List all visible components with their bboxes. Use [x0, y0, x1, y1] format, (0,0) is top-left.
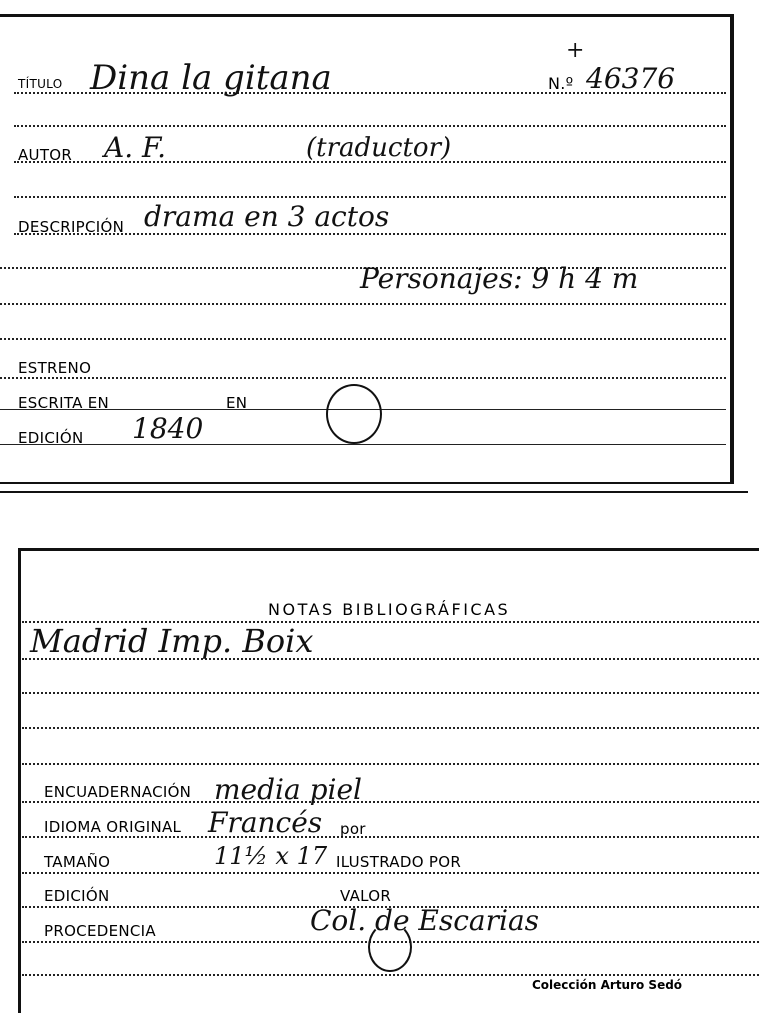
collection-footer: Colección Arturo Sedó	[532, 978, 682, 992]
rule-idioma	[22, 836, 759, 838]
label-procedencia: PROCEDENCIA	[44, 922, 156, 940]
rule-notes	[22, 692, 759, 694]
value-notes: Madrid Imp. Boix	[30, 622, 313, 660]
label-tamano: TAMAÑO	[44, 853, 110, 871]
label-valor: VALOR	[340, 887, 391, 905]
rule-notes	[22, 763, 759, 765]
rule-notes	[22, 727, 759, 729]
value-idioma-original: Francés	[208, 806, 322, 839]
value-tamano: 11½ x 17	[214, 842, 327, 870]
label-escrita-en: ESCRITA EN	[18, 394, 109, 412]
label-por: por	[340, 820, 366, 838]
rule-bottom	[22, 974, 759, 976]
label-edicion: EDICIÓN	[18, 429, 83, 447]
page-separator	[0, 491, 748, 493]
label-en: EN	[226, 394, 247, 412]
value-edicion: 1840	[132, 412, 203, 445]
value-titulo: Dina la gitana	[90, 58, 332, 98]
value-personajes: Personajes: 9 h 4 m	[360, 262, 638, 295]
value-procedencia: Col. de Escarias	[310, 904, 539, 937]
rule-divider	[14, 196, 726, 198]
rule-divider	[0, 338, 726, 340]
rule-estreno	[0, 377, 726, 379]
label-idioma-original: IDIOMA ORIGINAL	[44, 818, 181, 836]
rule-divider	[14, 125, 726, 127]
rule-encuadernacion	[22, 801, 759, 803]
label-autor: AUTOR	[18, 146, 72, 164]
value-autor-note: (traductor)	[306, 133, 451, 163]
label-numero: N.º	[548, 74, 574, 93]
label-ilustrado-por: ILUSTRADO POR	[336, 853, 461, 871]
rule-tamano	[22, 872, 759, 874]
stamp-circle	[368, 922, 412, 972]
label-encuadernacion: ENCUADERNACIÓN	[44, 783, 191, 801]
label-edicion-back: EDICIÓN	[44, 887, 109, 905]
rule-divider	[0, 303, 726, 305]
notes-heading: NOTAS BIBLIOGRÁFICAS	[268, 600, 510, 619]
numero-mark: +	[566, 38, 584, 63]
label-titulo: TÍTULO	[18, 77, 63, 91]
value-numero: 46376	[586, 62, 675, 95]
rule-edicion	[0, 444, 726, 445]
label-estreno: ESTRENO	[18, 359, 91, 377]
value-descripcion: drama en 3 actos	[144, 200, 389, 233]
stamp-circle	[326, 384, 382, 444]
value-encuadernacion: media piel	[214, 773, 362, 806]
value-autor: A. F.	[104, 131, 166, 164]
label-descripcion: DESCRIPCIÓN	[18, 218, 124, 236]
